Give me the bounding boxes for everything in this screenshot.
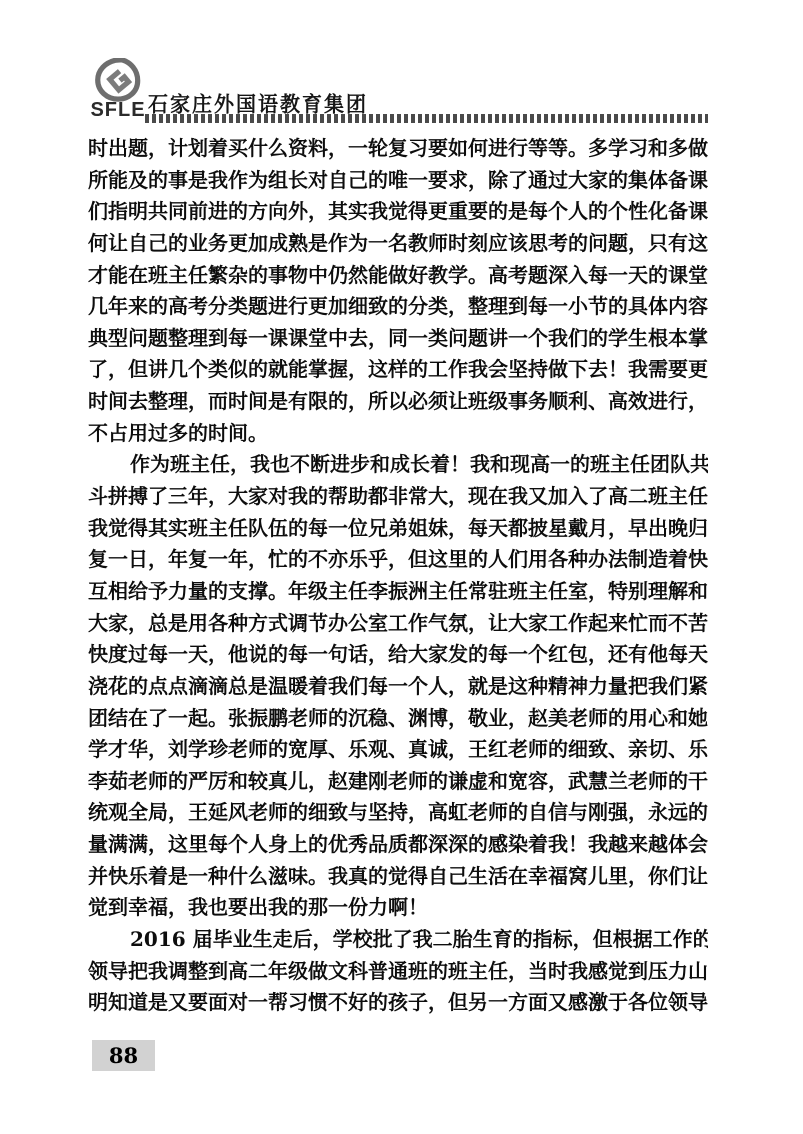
text-line: 李茹老师的严厉和较真儿，赵建刚老师的谦虚和宽容，武慧兰老师的干练和 (88, 766, 708, 798)
text-line: 快度过每一天，他说的每一句话，给大家发的每一个红包，还有他每天定时 (88, 639, 708, 671)
text-line: 明知道是又要面对一帮习惯不好的孩子，但另一方面又感激于各位领导的认 (88, 987, 708, 1019)
text-line: 2016 届毕业生走后，学校批了我二胎生育的指标，但根据工作的需要， (88, 924, 708, 956)
text-line: 我觉得其实班主任队伍的每一位兄弟姐妹，每天都披星戴月，早出晚归，日 (88, 513, 708, 545)
text-line: 了，但讲几个类似的就能掌握，这样的工作我会坚持做下去！我需要更多的 (88, 354, 708, 386)
text-line: 团结在了一起。张振鹏老师的沉稳、渊博，敬业，赵美老师的用心和她的文 (88, 703, 708, 735)
sfle-logo-icon (92, 58, 144, 102)
text-line: 时出题，计划着买什么资料，一轮复习要如何进行等等。多学习和多做些力 (88, 133, 708, 165)
text-line: 并快乐着是一种什么滋味。我真的觉得自己生活在幸福窝儿里，你们让我感 (88, 861, 708, 893)
text-line: 时间去整理，而时间是有限的，所以必须让班级事务顺利、高效进行，不拖沓， (88, 386, 708, 418)
text-line: 复一日，年复一年，忙的不亦乐乎，但这里的人们用各种办法制造着快乐， (88, 544, 708, 576)
text-line: 统观全局，王延风老师的细致与坚持，高虹老师的自信与刚强，永远的正能 (88, 797, 708, 829)
text-line: 作为班主任，我也不断进步和成长着！我和现高一的班主任团队共同奋 (88, 449, 708, 481)
text-line: 才能在班主任繁杂的事物中仍然能做好教学。高考题深入每一天的课堂，将 (88, 260, 708, 292)
text-line: 学才华，刘学珍老师的宽厚、乐观、真诚，王红老师的细致、亲切、乐观， (88, 734, 708, 766)
text-line: 觉到幸福，我也要出我的那一份力啊！ (88, 892, 708, 924)
text-line: 典型问题整理到每一课课堂中去，同一类问题讲一个我们的学生根本掌握不 (88, 323, 708, 355)
text-line: 大家，总是用各种方式调节办公室工作气氛，让大家工作起来忙而不苦，愉 (88, 608, 708, 640)
header-dotted-rule (145, 114, 708, 123)
text-line: 浇花的点点滴滴总是温暖着我们每一个人，就是这种精神力量把我们紧紧地 (88, 671, 708, 703)
body-text: 时出题，计划着买什么资料，一轮复习要如何进行等等。多学习和多做些力所能及的事是我… (88, 133, 708, 1019)
logo-acronym: SFLE (90, 99, 146, 122)
page-number-badge: 88 (92, 1040, 155, 1071)
document-page: SFLE 石家庄外国语教育集团 时出题，计划着买什么资料，一轮复习要如何进行等等… (0, 0, 803, 1134)
text-line: 何让自己的业务更加成熟是作为一名教师时刻应该思考的问题，只有这样， (88, 228, 708, 260)
text-line: 量满满，这里每个人身上的优秀品质都深深的感染着我！我越来越体会到累 (88, 829, 708, 861)
text-line: 所能及的事是我作为组长对自己的唯一要求，除了通过大家的集体备课为我 (88, 165, 708, 197)
text-line: 斗拼搏了三年，大家对我的帮助都非常大，现在我又加入了高二班主任团队， (88, 481, 708, 513)
text-line: 们指明共同前进的方向外，其实我觉得更重要的是每个人的个性化备课。如 (88, 196, 708, 228)
text-line: 不占用过多的时间。 (88, 418, 708, 450)
text-line: 领导把我调整到高二年级做文科普通班的班主任，当时我感觉到压力山大， (88, 956, 708, 988)
text-line: 几年来的高考分类题进行更加细致的分类，整理到每一小节的具体内容中去， (88, 291, 708, 323)
text-line: 互相给予力量的支撑。年级主任李振洲主任常驻班主任室，特别理解和体谅 (88, 576, 708, 608)
